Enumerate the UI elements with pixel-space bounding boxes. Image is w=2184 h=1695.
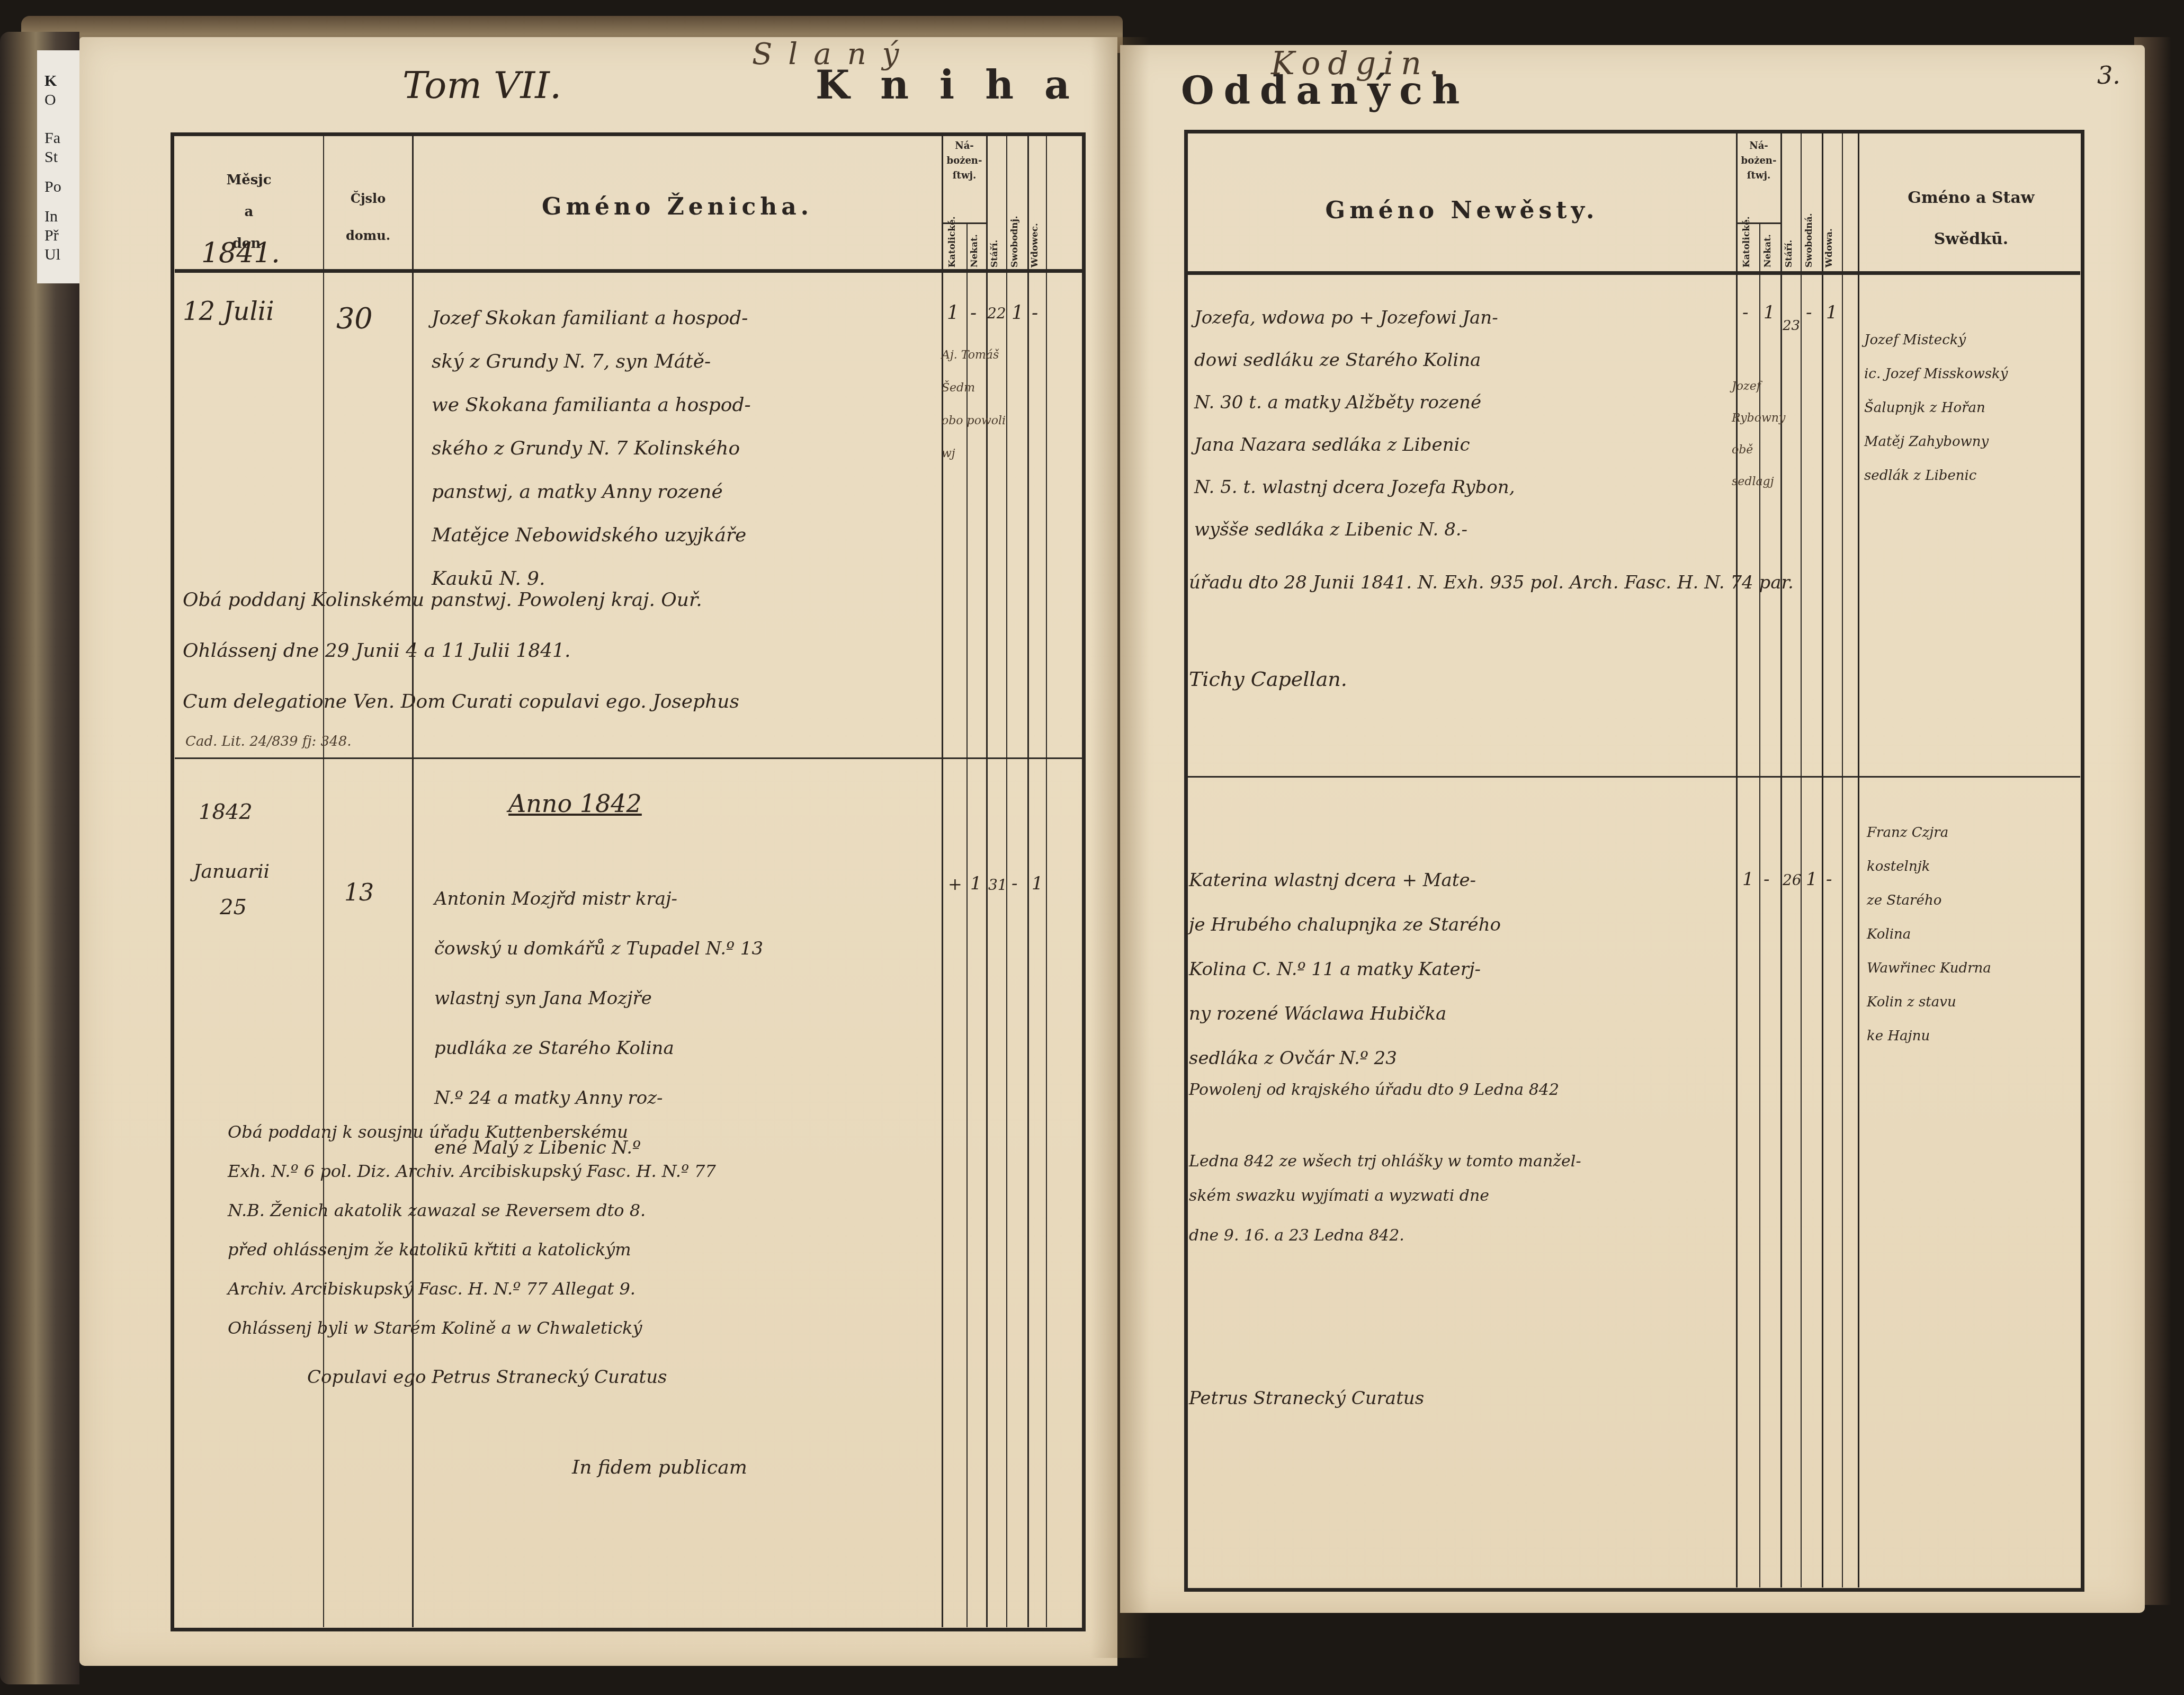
entry2-day: 25 <box>220 895 247 920</box>
right-header-rule <box>1188 271 2080 275</box>
right-col-rule-acat <box>1780 133 1782 1587</box>
entry2-bride-widow: - <box>1826 869 1832 890</box>
entry2-single: - <box>1012 873 1018 894</box>
entry1-date: 12 Julii <box>183 297 274 326</box>
left-col-rule-widower <box>1046 136 1047 1627</box>
left-col-rule-house <box>412 136 414 1627</box>
entry2-bride-single: 1 <box>1806 869 1818 890</box>
entry1-house-no: 30 <box>336 302 373 335</box>
entry2-year: 1842 <box>199 800 253 824</box>
col-header-religion: Ná- bożen- ſtwj. <box>943 139 986 183</box>
entry2-month: Januarii <box>193 861 270 882</box>
left-col-rule-date <box>323 136 324 1627</box>
entry1-age: 22 <box>987 305 1006 322</box>
right-col-rule-name <box>1736 133 1738 1587</box>
col-header-catholic: Katolické. <box>947 225 957 267</box>
page-number: 3. <box>2097 61 2120 90</box>
col-header-religion-right: Ná- bożen- ſtwj. <box>1737 139 1780 183</box>
annotation-right: Kodgin. <box>1271 45 1446 82</box>
entry1-permit-note: úřadu dto 28 Junii 1841. N. Exh. 935 pol… <box>1189 572 1794 593</box>
entry1-capellan-signature: Tichy Capellan. <box>1189 667 1347 691</box>
entry2-catholic: + <box>948 874 962 894</box>
header-year: 1841. <box>201 237 280 269</box>
left-entry-separator <box>175 757 1083 759</box>
volume-label: Tom VII. <box>402 64 561 107</box>
col-header-bride-name: Gméno Newěsty. <box>1188 197 1736 224</box>
left-col-rule-single <box>1027 136 1029 1627</box>
entry1-margin-reference: Cad. Lit. 24/839 fj: 348. <box>185 734 351 750</box>
book-gutter <box>1091 37 1149 1658</box>
entry1-bride-catholic: - <box>1742 302 1749 323</box>
entry2-witnesses: Franz Czjra kostelnjk ze Starého Kolina … <box>1867 816 1991 1053</box>
col-header-acatholic-right: Nekat. <box>1762 228 1773 267</box>
right-col-rule-witness <box>1858 133 1859 1587</box>
entry2-anno-heading: Anno 1842 <box>508 789 642 818</box>
right-entry-separator <box>1188 776 2080 778</box>
entry2-copulavi: Copulavi ego Petrus Stranecký Curatus <box>307 1367 667 1388</box>
col-header-witnesses: Gméno a Staw Swědkū. <box>1860 177 2082 260</box>
entry2-acatholic: 1 <box>970 873 982 894</box>
entry1-bride-single: - <box>1806 302 1812 323</box>
entry2-house-no: 13 <box>344 879 374 906</box>
col-header-acatholic: Nekat. <box>969 228 980 267</box>
entry1-widower: - <box>1032 302 1038 324</box>
col-header-single: Swobodnj. <box>1009 191 1020 267</box>
entry1-bride-acatholic: 1 <box>1764 302 1775 323</box>
col-header-age-right: Stáří. <box>1784 222 1794 267</box>
entry2-notes: Powolenj od krajského úřadu dto 9 Ledna … <box>1189 1081 1581 1245</box>
entry2-widower: 1 <box>1032 873 1043 894</box>
entry1-notes: Obá poddanj Kolinskému panstwj. Powolenj… <box>183 575 739 727</box>
entry1-bride-age: 23 <box>1783 318 1800 334</box>
entry1-single: 1 <box>1012 302 1024 324</box>
entry1-bride-text: Jozefa, wdowa po + Jozefowi Jan- dowi se… <box>1194 297 1515 551</box>
col-header-house-no: Čjslo domu. <box>324 180 412 254</box>
entry1-bride-side-note: Jozef Rybowny obě sedlagj <box>1732 371 1785 498</box>
col-header-groom-name: Gméno Ženicha. <box>413 193 942 220</box>
right-col-rule-age <box>1801 133 1802 1587</box>
entry2-bride-text: Katerina wlastnj dcera + Mate- je Hrubéh… <box>1189 858 1501 1081</box>
entry2-bride-acatholic: - <box>1764 869 1770 890</box>
entry1-catholic: 1 <box>947 302 959 324</box>
col-header-single-right: Swobodná. <box>1804 175 1814 267</box>
entry1-side-note: Aj. Tomáš Šedm obo powoli wj <box>942 339 1006 470</box>
entry2-age: 31 <box>988 876 1007 894</box>
entry2-in-fidem: In fidem publicam <box>572 1457 747 1478</box>
col-header-catholic-right: Katolické. <box>1741 225 1752 267</box>
entry2-bride-catholic: 1 <box>1742 869 1754 890</box>
col-header-age: Stáří. <box>989 222 1000 267</box>
col-header-widower: Wdowec. <box>1030 196 1040 267</box>
entry2-notes: Obá poddanj k sousjnu úřadu Kuttenberské… <box>228 1112 716 1348</box>
entry2-bride-age: 26 <box>1783 871 1802 889</box>
entry1-bride-widow: 1 <box>1826 302 1838 323</box>
entry1-groom-text: Jozef Skokan familiant a hospod- ský z G… <box>432 297 751 601</box>
right-col-rule-single <box>1822 133 1823 1587</box>
col-header-widow-right: Wdowa. <box>1824 191 1834 267</box>
entry1-witnesses: Jozef Mistecký ic. Jozef Misskowský Šalu… <box>1864 323 2008 493</box>
right-col-rule-widow <box>1842 133 1843 1587</box>
title-left: Kniha <box>816 63 1100 108</box>
entry1-acatholic: - <box>970 302 977 324</box>
entry2-curate-signature: Petrus Stranecký Curatus <box>1189 1388 1424 1409</box>
left-header-rule <box>175 269 1083 273</box>
